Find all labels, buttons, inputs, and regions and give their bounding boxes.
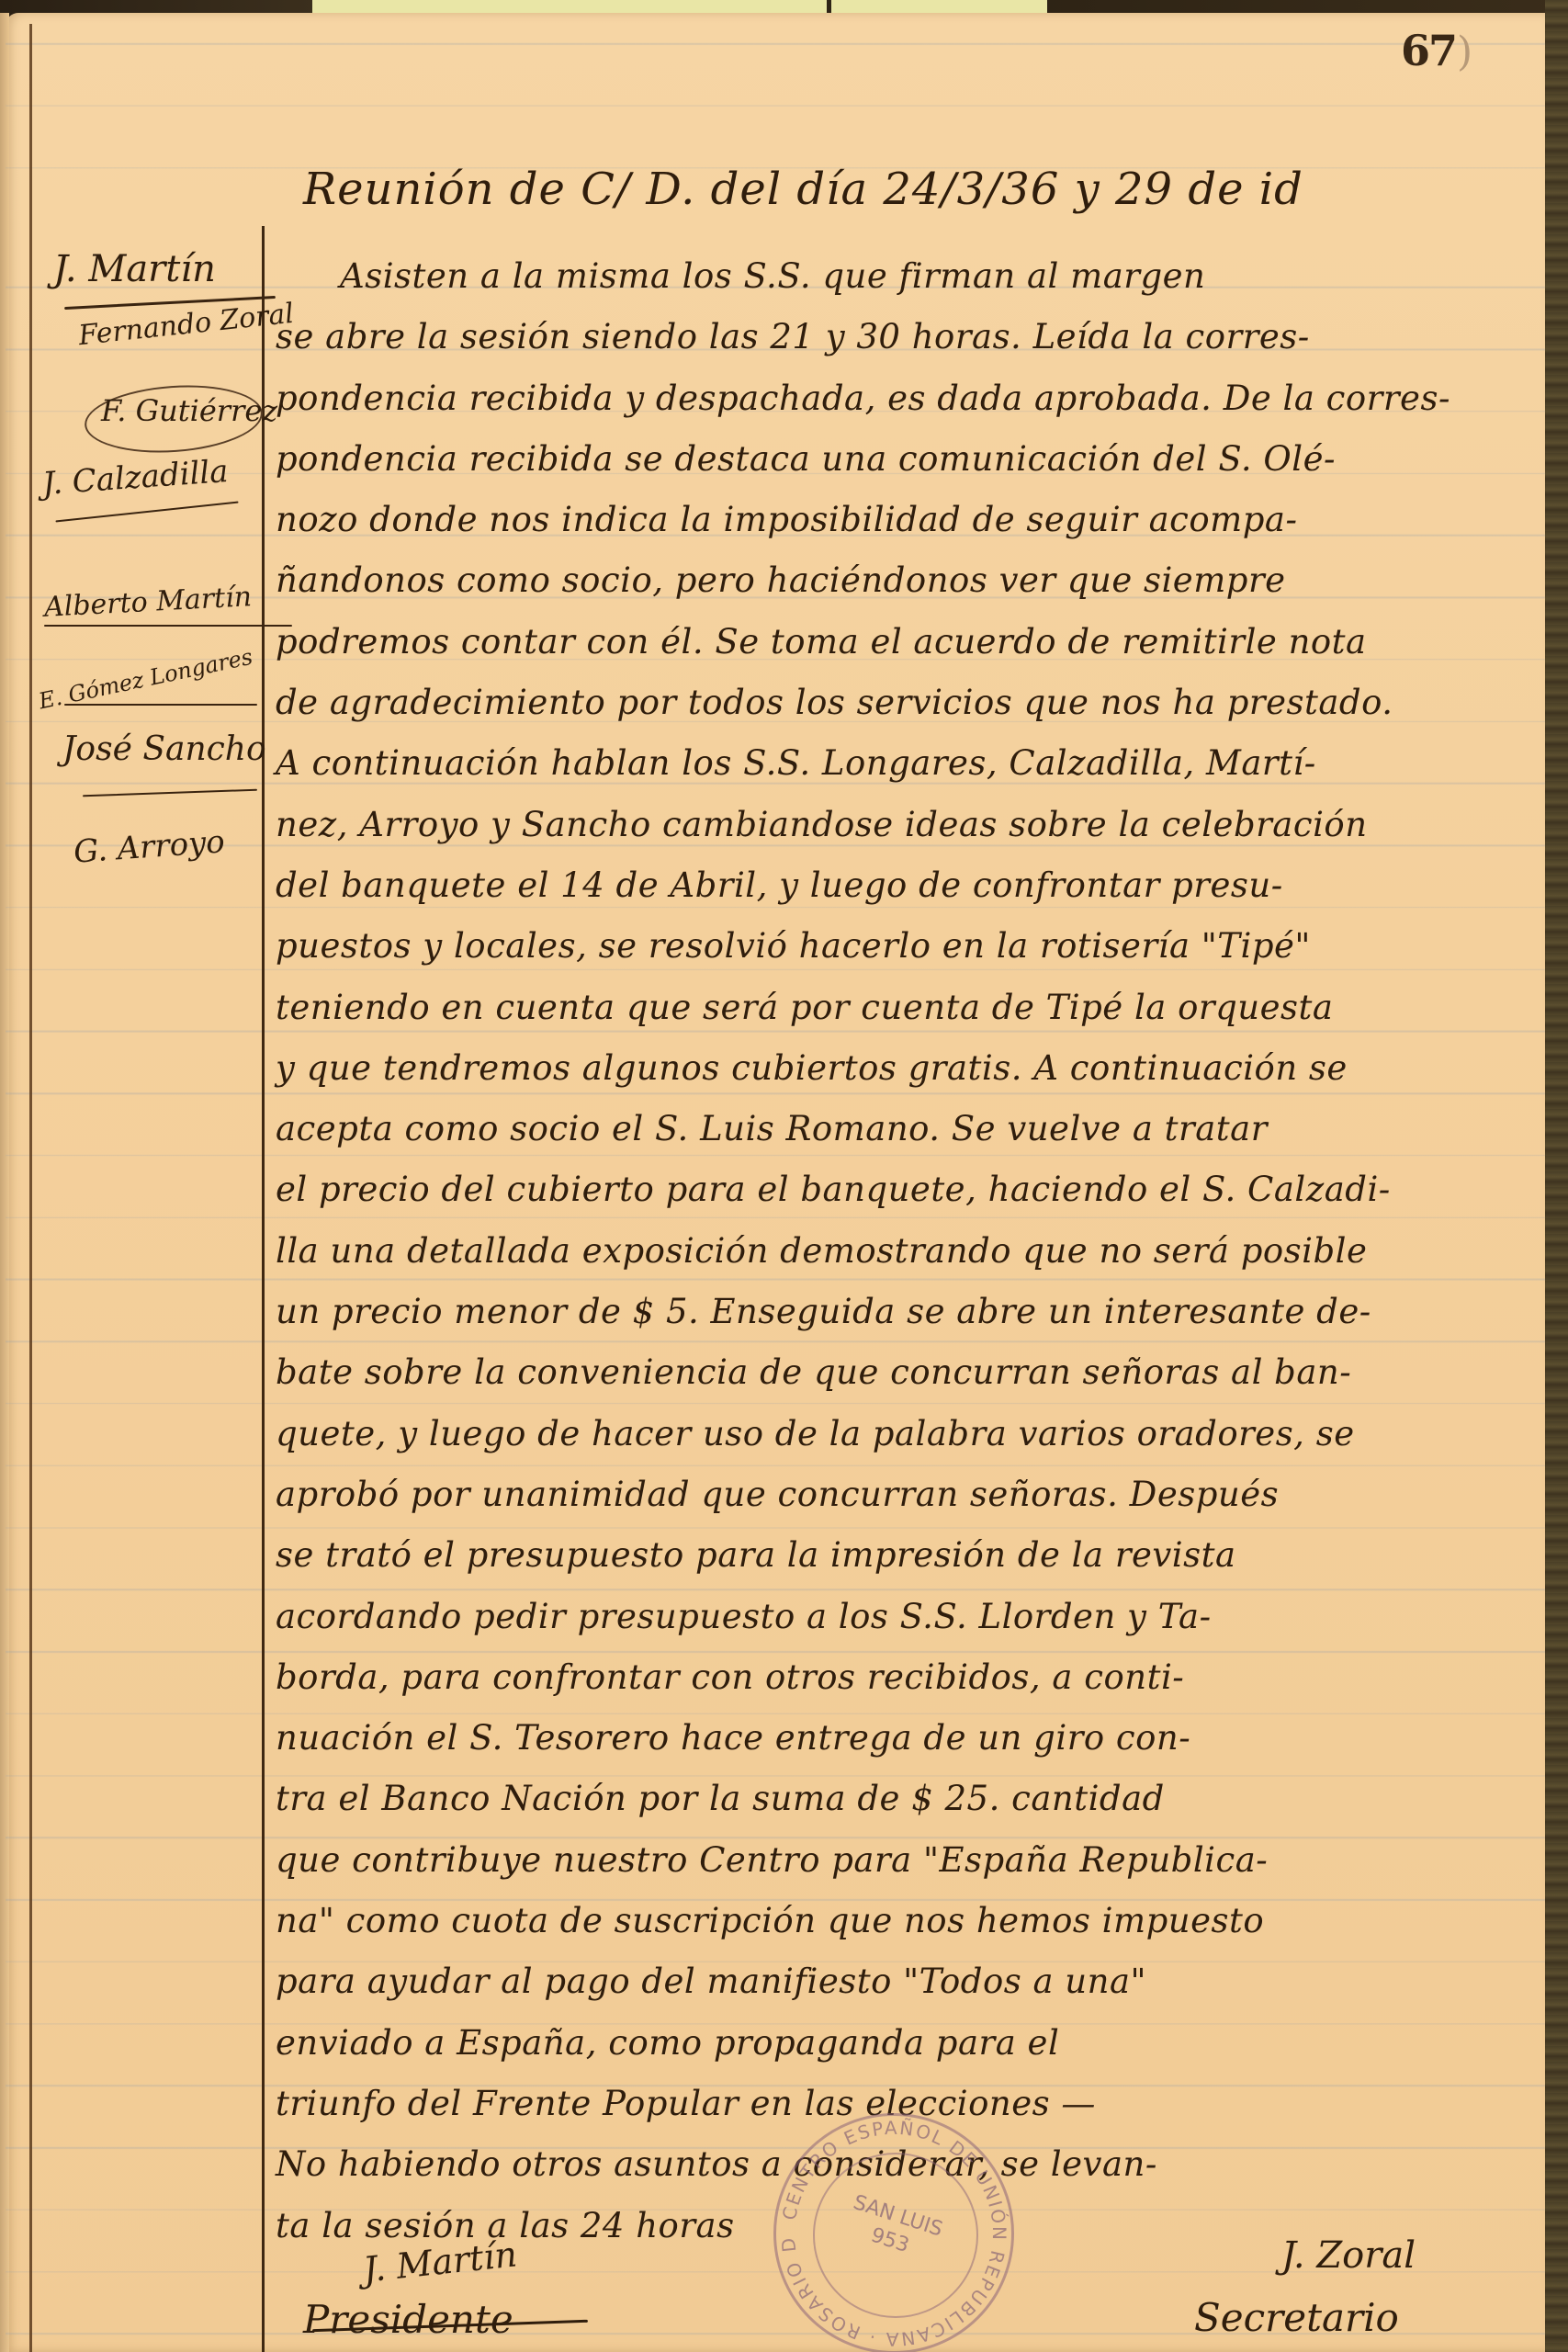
body-line: se trató el presupuesto para la impresió… [276,1525,1534,1586]
minutes-title: Reunión de C/ D. del día 24/3/36 y 29 de… [303,164,1303,215]
body-line: del banquete el 14 de Abril, y luego de … [276,855,1534,916]
body-line: ñandonos como socio, pero haciéndonos ve… [276,550,1534,611]
page-left-edge [0,13,9,2352]
body-line: que contribuye nuestro Centro para "Espa… [276,1830,1534,1891]
body-line: acepta como socio el S. Luis Romano. Se … [276,1099,1534,1159]
body-line: se abre la sesión siendo las 21 y 30 hor… [276,307,1534,367]
body-line: de agradecimiento por todos los servicio… [276,673,1534,733]
secretary-label: Secretario [1194,2295,1399,2340]
body-line: podremos contar con él. Se toma el acuer… [276,612,1534,673]
body-line: tra el Banco Nación por la suma de $ 25.… [276,1769,1534,1829]
secretary-signature: J. Zoral [1281,2234,1416,2277]
body-line: nozo donde nos indica la imposibilidad d… [276,490,1534,550]
signature: José Sancho [62,730,266,768]
minutes-body: Asisten a la misma los S.S. que firman a… [276,246,1534,2256]
body-line: quete, y luego de hacer uso de la palabr… [276,1404,1534,1464]
body-line: pondencia recibida se destaca una comuni… [276,429,1534,490]
body-line: nez, Arroyo y Sancho cambiandose ideas s… [276,795,1534,855]
outer-margin-rule [29,24,32,2352]
body-line: para ayudar al pago del manifiesto "Todo… [276,1951,1534,2012]
body-line: acordando pedir presupuesto a los S.S. L… [276,1587,1534,1647]
body-line: nuación el S. Tesorero hace entrega de u… [276,1708,1534,1769]
president-label: Presidente [303,2297,513,2342]
body-line: y que tendremos algunos cubiertos gratis… [276,1038,1534,1099]
body-line: enviado a España, como propaganda para e… [276,2013,1534,2074]
body-line: na" como cuota de suscripción que nos he… [276,1891,1534,1951]
page-number: 67 [1401,26,1471,75]
body-line: puestos y locales, se resolvió hacerlo e… [276,916,1534,977]
body-line: aprobó por unanimidad que concurran seño… [276,1464,1534,1525]
paper-tab-strip [831,0,1047,14]
body-line: el precio del cubierto para el banquete,… [276,1159,1534,1220]
signature-underline [64,704,257,706]
signature-margin-rule [262,226,265,2352]
body-line: A continuación hablan los S.S. Longares,… [276,733,1534,794]
body-line: un precio menor de $ 5. Enseguida se abr… [276,1282,1534,1342]
body-line: lla una detallada exposición demostrando… [276,1221,1534,1282]
institution-stamp: CENTRO ESPAÑOL DE UNIÓN REPUBLICANA · RO… [773,2113,1014,2352]
paper-tab-strip [312,0,827,14]
body-line: Asisten a la misma los S.S. que firman a… [276,246,1534,307]
body-line: pondencia recibida y despachada, es dada… [276,368,1534,429]
body-line: borda, para confrontar con otros recibid… [276,1647,1534,1708]
body-line: bate sobre la conveniencia de que concur… [276,1342,1534,1403]
signature: J. Martín [53,248,216,290]
signature-underline [44,625,292,627]
binding-right [1545,0,1568,2352]
signature: F. Gutiérrez [101,393,277,428]
body-line: teniendo en cuenta que será por cuenta d… [276,978,1534,1038]
